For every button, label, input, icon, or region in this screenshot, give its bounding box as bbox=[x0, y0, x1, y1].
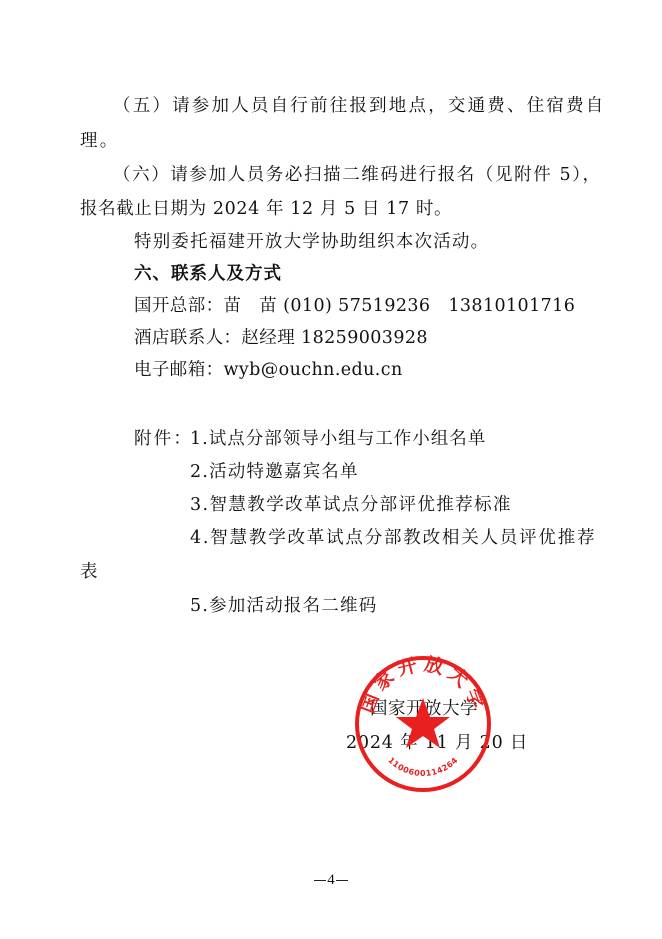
svg-text:1100600114264: 1100600114264 bbox=[386, 756, 460, 778]
official-seal-icon: 国家开放大学 1100600114264 bbox=[352, 653, 494, 795]
paragraph-6-line-1: （六）请参加人员务必扫描二维码进行报名（见附件 5）， bbox=[113, 165, 602, 185]
page-number: 4 bbox=[0, 872, 662, 889]
paragraph-6-line-2: 报名截止日期为 2024 年 12 月 5 日 17 时。 bbox=[80, 199, 452, 219]
attachments-label: 附件： bbox=[134, 429, 193, 449]
contact-hq: 国开总部：苗 苗 (010) 57519236 13810101716 bbox=[134, 296, 575, 316]
contact-heading: 六、联系人及方式 bbox=[134, 264, 282, 284]
attachment-item-1: 1.试点分部领导小组与工作小组名单 bbox=[190, 429, 486, 449]
contact-email: 电子邮箱：wyb@ouchn.edu.cn bbox=[134, 360, 403, 380]
attachment-item-3: 3.智慧教学改革试点分部评优推荐标准 bbox=[190, 495, 512, 515]
paragraph-7: 特别委托福建开放大学协助组织本次活动。 bbox=[134, 232, 489, 252]
attachment-item-5: 5.参加活动报名二维码 bbox=[190, 596, 377, 616]
paragraph-5-line-2: 理。 bbox=[80, 131, 119, 151]
attachment-item-4: 4.智慧教学改革试点分部教改相关人员评优推荐 bbox=[190, 528, 596, 548]
contact-hotel: 酒店联系人：赵经理 18259003928 bbox=[134, 328, 428, 348]
paragraph-5-line-1: （五）请参加人员自行前往报到地点，交通费、住宿费自 bbox=[113, 96, 606, 116]
attachment-item-2: 2.活动特邀嘉宾名单 bbox=[190, 462, 359, 482]
attachment-item-4-wrap: 表 bbox=[80, 562, 100, 582]
